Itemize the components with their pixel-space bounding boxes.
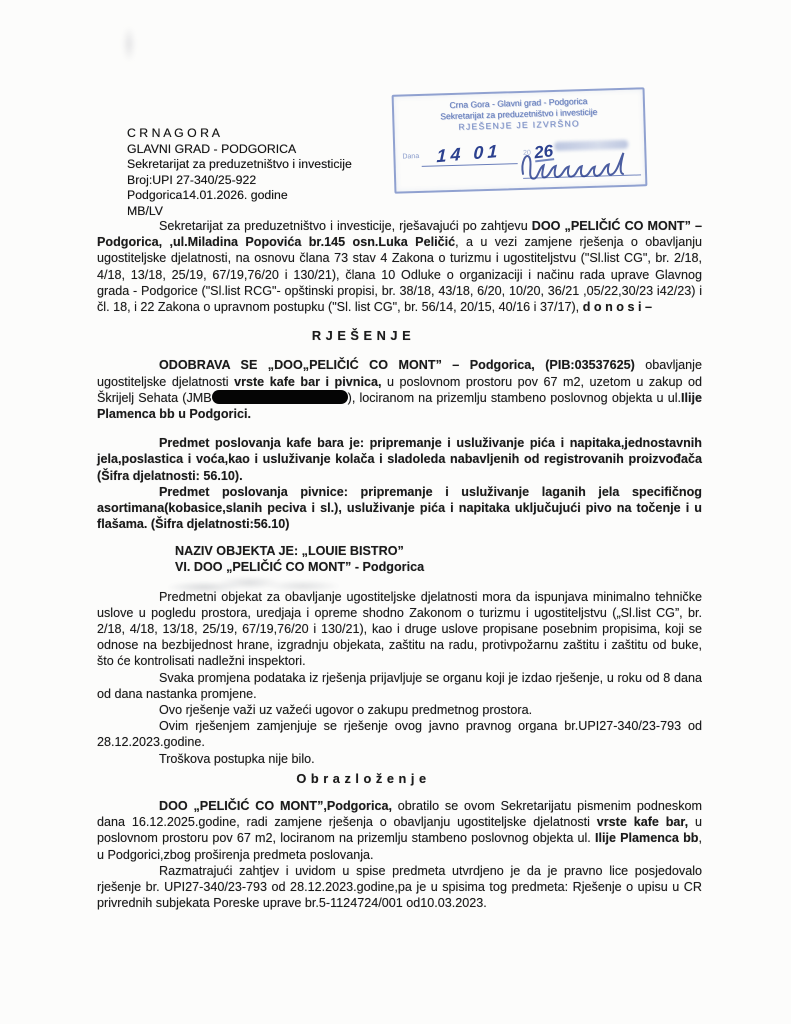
stamp-handwritten-date: 14 01 [436, 141, 501, 167]
document-body: Sekretarijat za preduzetništvo i investi… [97, 218, 702, 912]
paragraph-zahtjev: DOO „PELIČIĆ CO MONT”,Podgorica, obratil… [97, 798, 702, 863]
redacted-jmb [212, 390, 348, 404]
letterhead-secretariat: Sekretarijat za preduzetništvo i investi… [127, 157, 352, 173]
letterhead-case-number: Broj:UPI 27-340/25-922 [127, 173, 352, 189]
stamp-date-label: Dana [402, 153, 419, 160]
paragraph-kafe-bar: Predmet poslovanja kafe bara je: priprem… [97, 435, 702, 484]
section-title-obrazlozenje: O b r a z l o ž e n j e [59, 771, 664, 787]
signature-icon [516, 140, 643, 186]
paragraph-vazenje: Ovo rješenje važi uz važeći ugovor o zak… [97, 702, 702, 718]
document-page: Crna Gora - Glavni grad - Podgorica Sekr… [0, 0, 791, 1024]
letterhead: C R N A G O R A GLAVNI GRAD - PODGORICA … [127, 126, 352, 220]
paragraph-odobrava: ODOBRAVA SE „DOO„PELIČIĆ CO MONT” – Podg… [97, 357, 702, 422]
scan-smudge-top [122, 26, 136, 62]
executive-stamp: Crna Gora - Glavni grad - Podgorica Sekr… [392, 87, 648, 193]
scan-scribble-artifact [168, 574, 348, 596]
letterhead-place-date: Podgorica14.01.2026. godine [127, 188, 352, 204]
paragraph-promjena: Svaka promjena podataka iz rješenja prij… [97, 670, 702, 702]
letterhead-city: GLAVNI GRAD - PODGORICA [127, 142, 352, 158]
object-name-line: NAZIV OBJEKTA JE: „LOUIE BISTRO” [175, 544, 702, 560]
paragraph-zamjena: Ovim rješenjem zamjenjuje se rješenje ov… [97, 718, 702, 750]
paragraph-razmatranje: Razmatrajući zahtjev i uvidom u spise pr… [97, 863, 702, 912]
letterhead-country: C R N A G O R A [127, 126, 352, 142]
object-name-block: NAZIV OBJEKTA JE: „LOUIE BISTRO” VI. DOO… [175, 544, 702, 575]
section-title-rjesenje: R J E Š E N J E [59, 328, 664, 344]
paragraph-pivnica: Predmet poslovanja pivnice: pripremanje … [97, 484, 702, 533]
paragraph-uslovi: Predmetni objekat za obavljanje ugostite… [97, 589, 702, 670]
paragraph-intro: Sekretarijat za preduzetništvo i investi… [97, 218, 702, 315]
paragraph-troskovi: Troškova postupka nije bilo. [97, 751, 702, 767]
